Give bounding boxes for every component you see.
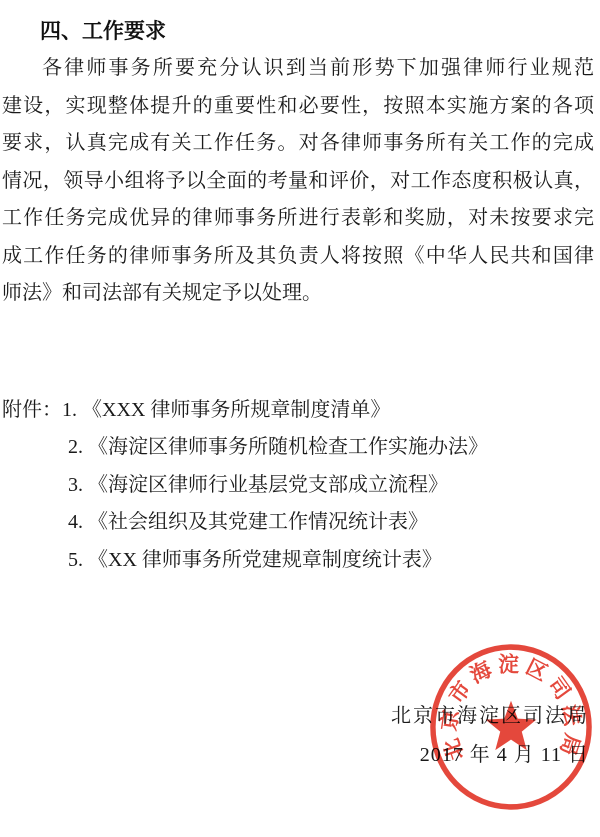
signature-date: 2017 年 4 月 11 日 (2, 736, 589, 775)
attachment-item: 2. 《海淀区律师事务所随机检查工作实施办法》 (2, 429, 594, 467)
paragraph-line: 要求，认真完成有关工作任务。对各律师事务所有关工作的完成 (2, 125, 594, 163)
paragraph-line: 成工作任务的律师事务所及其负责人将按照《中华人民共和国律 (2, 238, 594, 276)
paragraph-line: 情况，领导小组将予以全面的考量和评价，对工作态度积极认真， (2, 163, 594, 201)
attachment-item: 附件：1. 《XXX 律师事务所规章制度清单》 (2, 392, 594, 430)
attachment-item: 5. 《XX 律师事务所党建规章制度统计表》 (2, 542, 594, 580)
paragraph-line: 各律师事务所要充分认识到当前形势下加强律师行业规范 (2, 50, 594, 88)
attachments-list: 附件：1. 《XXX 律师事务所规章制度清单》 2. 《海淀区律师事务所随机检查… (2, 392, 594, 580)
paragraph-line: 工作任务完成优异的律师事务所进行表彰和奖励，对未按要求完 (2, 200, 594, 238)
paragraph-line: 建设，实现整体提升的重要性和必要性，按照本实施方案的各项 (2, 88, 594, 126)
attachment-item: 3. 《海淀区律师行业基层党支部成立流程》 (2, 467, 594, 505)
attachment-title: 1. 《XXX 律师事务所规章制度清单》 (62, 399, 390, 421)
body-paragraph: 各律师事务所要充分认识到当前形势下加强律师行业规范 建设，实现整体提升的重要性和… (2, 50, 594, 313)
attachments-label: 附件： (2, 399, 62, 421)
signature-block: 北京市海淀区司法局 2017 年 4 月 11 日 (2, 697, 594, 775)
attachment-item: 4. 《社会组织及其党建工作情况统计表》 (2, 504, 594, 542)
section-heading: 四、工作要求 (2, 20, 594, 44)
document-page: 四、工作要求 各律师事务所要充分认识到当前形势下加强律师行业规范 建设，实现整体… (0, 0, 600, 837)
signature-org: 北京市海淀区司法局 (2, 697, 589, 736)
paragraph-line: 师法》和司法部有关规定予以处理。 (2, 275, 594, 313)
